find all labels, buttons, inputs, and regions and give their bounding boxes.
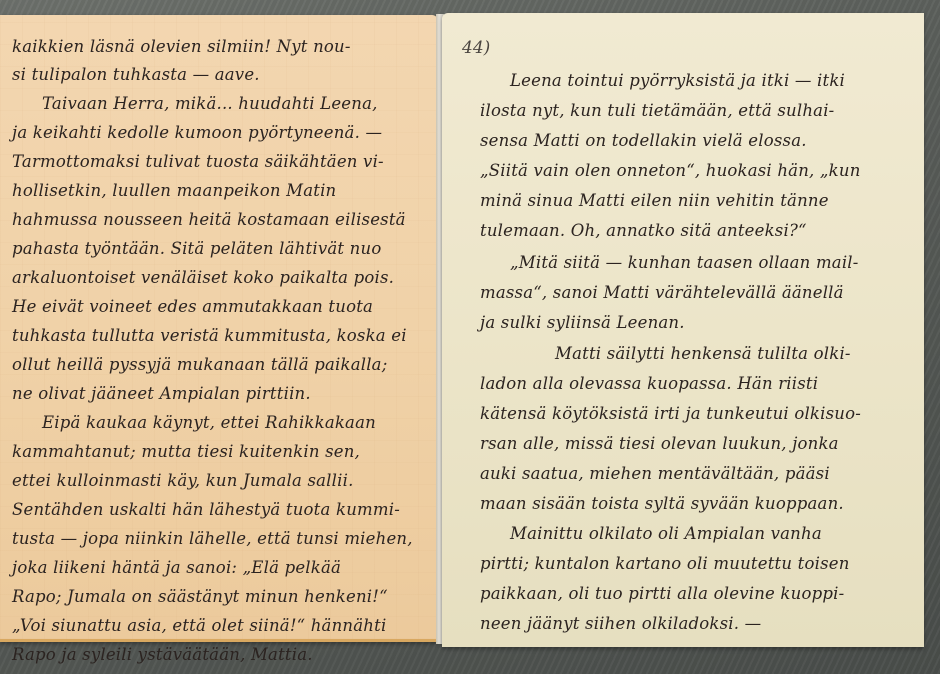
text-line: „Mitä siitä — kunhan taasen ollaan mail- bbox=[480, 253, 859, 272]
text-line: Mainittu olkilato oli Ampialan vanha bbox=[480, 524, 822, 543]
left-page: kaikkien läsnä olevien silmiin! Nyt nou-… bbox=[0, 15, 438, 642]
text-line: minä sinua Matti eilen niin vehitin tänn… bbox=[480, 191, 829, 210]
text-line: joka liikeni häntä ja sanoi: „Elä pelkää bbox=[12, 558, 341, 577]
text-line: ilosta nyt, kun tuli tietämään, että sul… bbox=[480, 101, 834, 120]
text-line: ja keikahti kedolle kumoon pyörtyneenä. … bbox=[12, 123, 382, 142]
text-line: sensa Matti on todellakin vielä elossa. bbox=[480, 131, 807, 150]
text-line: tuhkasta tullutta veristä kummitusta, ko… bbox=[12, 326, 407, 345]
text-line: pahasta työntään. Sitä peläten lähtivät … bbox=[12, 239, 381, 258]
text-line: Rapo; Jumala on säästänyt minun henkeni!… bbox=[12, 587, 388, 606]
text-line: ne olivat jääneet Ampialan pirttiin. bbox=[12, 384, 311, 403]
text-line: „Siitä vain olen onneton“, huokasi hän, … bbox=[480, 161, 861, 180]
text-line: paikkaan, oli tuo pirtti alla olevine ku… bbox=[480, 584, 844, 603]
text-line: He eivät voineet edes ammutakkaan tuota bbox=[12, 297, 373, 316]
text-line: kätensä köytöksistä irti ja tunkeutui ol… bbox=[480, 404, 861, 423]
text-line: kaikkien läsnä olevien silmiin! Nyt nou- bbox=[12, 37, 351, 56]
text-line: Leena tointui pyörryksistä ja itki — itk… bbox=[480, 71, 845, 90]
text-line: si tulipalon tuhkasta — aave. bbox=[12, 65, 260, 84]
right-page: 44) Leena tointui pyörryksistä ja itki —… bbox=[442, 13, 924, 647]
text-line: arkaluontoiset venäläiset koko paikalta … bbox=[12, 268, 394, 287]
text-line: Rapo ja syleili ystäväätään, Mattia. bbox=[12, 645, 313, 664]
text-line: ja sulki syliinsä Leenan. bbox=[480, 313, 685, 332]
text-line: Sentähden uskalti hän lähestyä tuota kum… bbox=[12, 500, 400, 519]
text-line: Eipä kaukaa käynyt, ettei Rahikkakaan bbox=[12, 413, 376, 432]
text-line: massa“, sanoi Matti värähtelevällä äänel… bbox=[480, 283, 844, 302]
text-line: Matti säilytti henkensä tulilta olki- bbox=[480, 344, 851, 363]
text-line: ettei kulloinmasti käy, kun Jumala salli… bbox=[12, 471, 354, 490]
text-line: Tarmottomaksi tulivat tuosta säikähtäen … bbox=[12, 152, 384, 171]
text-line: hollisetkin, luullen maanpeikon Matin bbox=[12, 181, 336, 200]
page-number: 44) bbox=[462, 38, 490, 58]
text-line: ollut heillä pyssyjä mukanaan tällä paik… bbox=[12, 355, 387, 374]
text-line: tusta — jopa niinkin lähelle, että tunsi… bbox=[12, 529, 413, 548]
text-line: rsan alle, missä tiesi olevan luukun, jo… bbox=[480, 434, 839, 453]
text-line: maan sisään toista syltä syvään kuoppaan… bbox=[480, 494, 844, 513]
text-line: Taivaan Herra, mikä... huudahti Leena, bbox=[12, 94, 378, 113]
text-line: neen jäänyt siihen olkiladoksi. — bbox=[480, 614, 761, 633]
text-line: tulemaan. Oh, annatko sitä anteeksi?“ bbox=[480, 221, 807, 240]
text-line: auki saatua, miehen mentävältään, pääsi bbox=[480, 464, 830, 483]
text-line: ladon alla olevassa kuopassa. Hän riisti bbox=[480, 374, 818, 393]
text-line: kammahtanut; mutta tiesi kuitenkin sen, bbox=[12, 442, 360, 461]
text-line: pirtti; kuntalon kartano oli muutettu to… bbox=[480, 554, 850, 573]
text-line: hahmussa nousseen heitä kostamaan eilise… bbox=[12, 210, 406, 229]
text-line: „Voi siunattu asia, että olet siinä!“ hä… bbox=[12, 616, 386, 635]
